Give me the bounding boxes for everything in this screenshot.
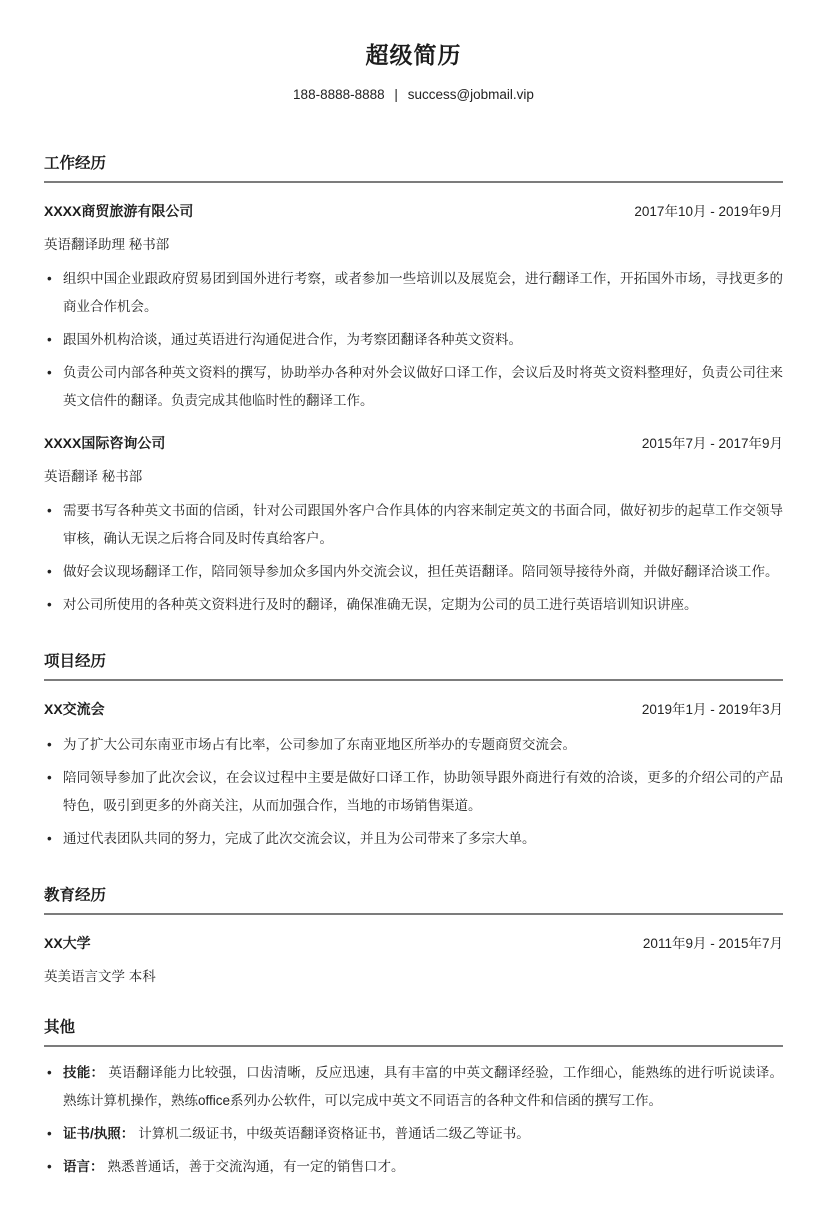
email-address: success@jobmail.vip	[408, 87, 534, 102]
job-title: 英语翻译 秘书部	[44, 465, 783, 485]
bullet-item-languages: 语言：熟悉普通话，善于交流沟通，有一定的销售口才。	[44, 1153, 783, 1181]
bullet-item-skills: 技能：英语翻译能力比较强，口齿清晰，反应迅速，具有丰富的中英文翻译经验，工作细心…	[44, 1059, 783, 1115]
bullet-text: 英语翻译能力比较强，口齿清晰，反应迅速，具有丰富的中英文翻译经验，工作细心，能熟…	[63, 1065, 783, 1108]
bullet-label: 语言：	[63, 1159, 104, 1174]
bullet-list: 为了扩大公司东南亚市场占有比率，公司参加了东南亚地区所举办的专题商贸交流会。 陪…	[44, 731, 783, 853]
section-title-work: 工作经历	[44, 151, 783, 173]
section-divider	[44, 679, 783, 681]
bullet-text: 计算机二级证书，中级英语翻译资格证书，普通话二级乙等证书。	[138, 1126, 530, 1141]
resume-title: 超级简历	[44, 37, 783, 70]
entry-header: XX大学 2011年9月 - 2015年7月	[44, 932, 783, 953]
school-name: XX大学	[44, 933, 91, 953]
phone-number: 188-8888-8888	[293, 87, 385, 102]
bullet-item: 需要书写各种英文书面的信函，针对公司跟国外客户合作具体的内容来制定英文的书面合同…	[44, 497, 783, 553]
date-range: 2015年7月 - 2017年9月	[642, 432, 783, 452]
bullet-text: 熟悉普通话，善于交流沟通，有一定的销售口才。	[108, 1159, 405, 1174]
bullet-item: 为了扩大公司东南亚市场占有比率，公司参加了东南亚地区所举办的专题商贸交流会。	[44, 731, 783, 759]
date-range: 2019年1月 - 2019年3月	[642, 698, 783, 718]
bullet-list: 技能：英语翻译能力比较强，口齿清晰，反应迅速，具有丰富的中英文翻译经验，工作细心…	[44, 1059, 783, 1181]
section-work-experience: 工作经历 XXXX商贸旅游有限公司 2017年10月 - 2019年9月 英语翻…	[44, 151, 783, 619]
education-entry-1: XX大学 2011年9月 - 2015年7月 英美语言文学 本科	[44, 932, 783, 985]
section-divider	[44, 1045, 783, 1047]
bullet-label: 技能：	[63, 1065, 104, 1080]
bullet-item: 组织中国企业跟政府贸易团到国外进行考察，或者参加一些培训以及展览会，进行翻译工作…	[44, 265, 783, 321]
bullet-item: 负责公司内部各种英文资料的撰写，协助举办各种对外会议做好口译工作，会议后及时将英…	[44, 359, 783, 415]
bullet-item: 陪同领导参加了此次会议，在会议过程中主要是做好口译工作，协助领导跟外商进行有效的…	[44, 764, 783, 820]
section-title-other: 其他	[44, 1015, 783, 1037]
resume-page: 超级简历 188-8888-8888 | success@jobmail.vip…	[0, 0, 826, 1226]
section-other: 其他 技能：英语翻译能力比较强，口齿清晰，反应迅速，具有丰富的中英文翻译经验，工…	[44, 1015, 783, 1181]
section-title-education: 教育经历	[44, 883, 783, 905]
work-entry-2: XXXX国际咨询公司 2015年7月 - 2017年9月 英语翻译 秘书部 需要…	[44, 432, 783, 619]
bullet-list: 组织中国企业跟政府贸易团到国外进行考察，或者参加一些培训以及展览会，进行翻译工作…	[44, 265, 783, 415]
section-education: 教育经历 XX大学 2011年9月 - 2015年7月 英美语言文学 本科	[44, 883, 783, 985]
project-entry-1: XX交流会 2019年1月 - 2019年3月 为了扩大公司东南亚市场占有比率，…	[44, 698, 783, 853]
company-name: XXXX国际咨询公司	[44, 433, 165, 453]
company-name: XXXX商贸旅游有限公司	[44, 201, 193, 221]
degree-major: 英美语言文学 本科	[44, 965, 783, 985]
section-title-project: 项目经历	[44, 649, 783, 671]
contact-divider: |	[394, 87, 398, 102]
date-range: 2017年10月 - 2019年9月	[634, 200, 783, 220]
bullet-item: 做好会议现场翻译工作，陪同领导参加众多国内外交流会议，担任英语翻译。陪同领导接待…	[44, 558, 783, 586]
section-divider	[44, 181, 783, 183]
section-divider	[44, 913, 783, 915]
bullet-item-certificates: 证书/执照：计算机二级证书，中级英语翻译资格证书，普通话二级乙等证书。	[44, 1120, 783, 1148]
resume-header: 超级简历 188-8888-8888 | success@jobmail.vip	[44, 37, 783, 102]
bullet-item: 通过代表团队共同的努力，完成了此次交流会议，并且为公司带来了多宗大单。	[44, 825, 783, 853]
project-name: XX交流会	[44, 699, 105, 719]
bullet-item: 跟国外机构洽谈，通过英语进行沟通促进合作，为考察团翻译各种英文资料。	[44, 326, 783, 354]
job-title: 英语翻译助理 秘书部	[44, 233, 783, 253]
bullet-item: 对公司所使用的各种英文资料进行及时的翻译，确保准确无误，定期为公司的员工进行英语…	[44, 591, 783, 619]
contact-line: 188-8888-8888 | success@jobmail.vip	[44, 87, 783, 102]
bullet-label: 证书/执照：	[63, 1126, 134, 1141]
entry-header: XXXX国际咨询公司 2015年7月 - 2017年9月	[44, 432, 783, 453]
date-range: 2011年9月 - 2015年7月	[643, 932, 783, 952]
section-project-experience: 项目经历 XX交流会 2019年1月 - 2019年3月 为了扩大公司东南亚市场…	[44, 649, 783, 853]
bullet-list: 需要书写各种英文书面的信函，针对公司跟国外客户合作具体的内容来制定英文的书面合同…	[44, 497, 783, 619]
entry-header: XXXX商贸旅游有限公司 2017年10月 - 2019年9月	[44, 200, 783, 221]
work-entry-1: XXXX商贸旅游有限公司 2017年10月 - 2019年9月 英语翻译助理 秘…	[44, 200, 783, 415]
entry-header: XX交流会 2019年1月 - 2019年3月	[44, 698, 783, 719]
